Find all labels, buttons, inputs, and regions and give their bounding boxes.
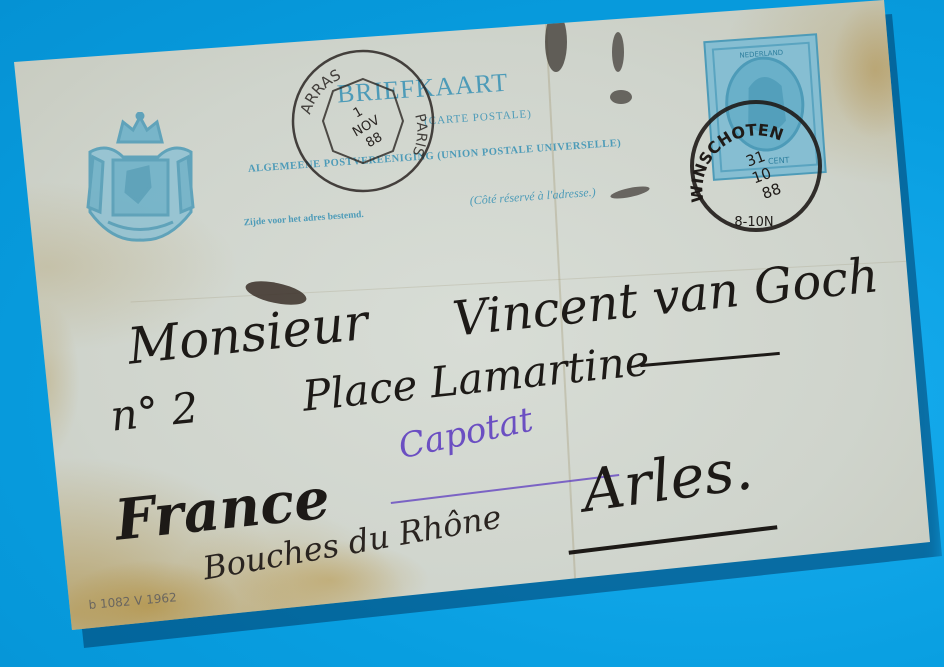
address-side-nl: Zijde voor het adres bestemd. [243,210,364,228]
address-number: n° 2 [108,383,201,441]
coat-of-arms-icon [78,112,203,247]
ink-blot [612,32,624,72]
address-monsieur: Monsieur [125,293,371,376]
ink-blot [610,90,632,104]
address-city: Arles. [578,434,756,525]
address-side-fr: (Côté réservé à l'adresse.) [469,185,596,209]
city-underline [569,525,778,555]
winschoten-lower: 8-10N [734,215,773,230]
address-name: Vincent van Goch [450,247,881,347]
svg-text:ARRAS: ARRAS [297,66,344,117]
street-underline [640,352,780,367]
winschoten-postmark-icon: WINSCHOTEN 31 10 88 8-10N [682,92,832,242]
arras-postmark-icon: ARRAS 1 NOV 88 PARIS [285,45,445,200]
ink-blot [610,184,651,201]
arras-town: ARRAS [297,66,344,117]
violet-annotation: Capotat [395,400,536,467]
